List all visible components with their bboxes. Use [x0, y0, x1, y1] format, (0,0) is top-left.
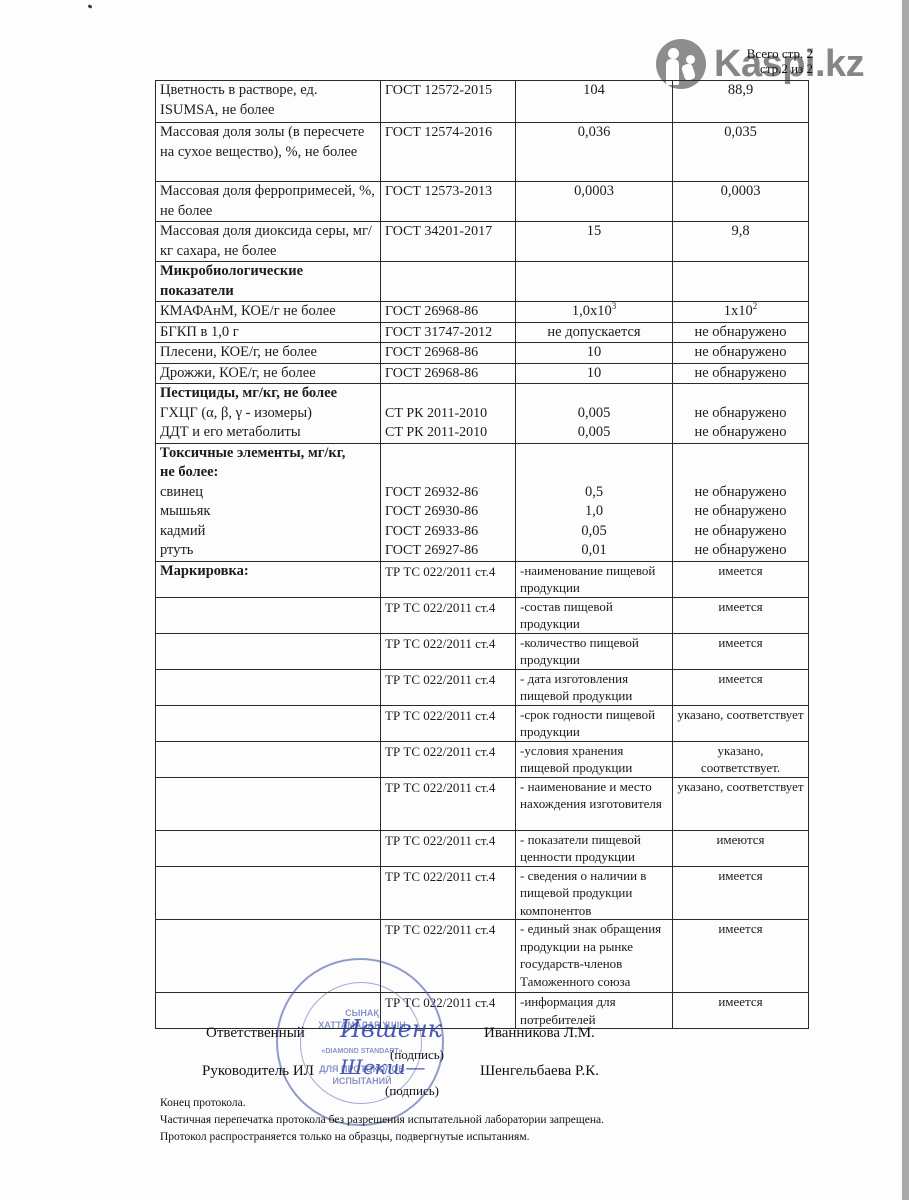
marking-label: [156, 830, 381, 866]
responsible-signature: Ившенк: [340, 1015, 442, 1043]
marking-label: [156, 777, 381, 830]
result-cell: указано, соответствует: [673, 705, 809, 741]
micro-header: Микробиологические показатели: [156, 262, 381, 302]
group-row: Токсичные элементы, мг/кг,не более:свине…: [156, 443, 809, 561]
standard-cell: ГОСТ 12573-2013: [381, 182, 516, 222]
scan-speck: [88, 4, 93, 9]
result-cell: не обнаружено: [673, 343, 809, 364]
standard-cell: ГОСТ 26932-86ГОСТ 26930-86ГОСТ 26933-86Г…: [381, 443, 516, 561]
scrollbar-edge: [902, 0, 909, 1200]
requirement-cell: -срок годности пищевой продукции: [516, 705, 673, 741]
standard-cell: ТР ТС 022/2011 ст.4: [381, 597, 516, 633]
norm-cell: 104: [516, 81, 673, 123]
indicator-cell: Массовая доля ферропримесей, %, не более: [156, 182, 381, 222]
indicator-cell: Дрожжи, КОЕ/г, не более: [156, 363, 381, 384]
norm-cell: 0,0003: [516, 182, 673, 222]
marking-row: ТР ТС 022/2011 ст.4 -условия хранения пи…: [156, 741, 809, 777]
total-pages: Всего стр. 2: [733, 46, 813, 61]
norm-cell: 15: [516, 222, 673, 262]
result-cell: не обнаруженоне обнаруженоне обнаруженон…: [673, 443, 809, 561]
requirement-cell: -количество пищевой продукции: [516, 633, 673, 669]
standard-cell: ГОСТ 12572-2015: [381, 81, 516, 123]
head-label: Руководитель ИЛ: [202, 1063, 314, 1080]
requirement-cell: - дата изготовления пищевой продукции: [516, 669, 673, 705]
group-row: Пестициды, мг/кг, не болееГХЦГ (α, β, γ …: [156, 384, 809, 444]
indicator-cell: Токсичные элементы, мг/кг,не более:свине…: [156, 443, 381, 561]
page-of: стр.2 из 2: [733, 61, 813, 76]
result-cell: не обнаружено: [673, 363, 809, 384]
table-row: Массовая доля ферропримесей, %, не более…: [156, 182, 809, 222]
protocol-footer: Конец протокола. Частичная перепечатка п…: [160, 1095, 604, 1146]
table-row: Цветность в растворе, ед. ISUMSA, не бол…: [156, 81, 809, 123]
marking-label: [156, 866, 381, 920]
norm-cell: 0,0050,005: [516, 384, 673, 444]
standard-cell: ТР ТС 022/2011 ст.4: [381, 866, 516, 920]
marking-label: [156, 741, 381, 777]
standard-cell: СТ РК 2011-2010СТ РК 2011-2010: [381, 384, 516, 444]
table-row: КМАФАнМ, КОЕ/г не более ГОСТ 26968-86 1,…: [156, 302, 809, 323]
page-counter: Всего стр. 2 стр.2 из 2: [733, 46, 813, 76]
result-cell: имеется: [673, 669, 809, 705]
section-header-row: Микробиологические показатели: [156, 262, 809, 302]
standard-cell: ТР ТС 022/2011 ст.4: [381, 633, 516, 669]
result-cell: имеется: [673, 633, 809, 669]
marking-row: ТР ТС 022/2011 ст.4 -информация для потр…: [156, 993, 809, 1029]
result-cell: указано, соответствует.: [673, 741, 809, 777]
marking-label: Маркировка:: [156, 561, 381, 597]
head-signature: Шекш—: [340, 1055, 426, 1079]
requirement-cell: -состав пищевой продукции: [516, 597, 673, 633]
result-cell: не обнаружено: [673, 322, 809, 343]
standard-cell: ГОСТ 12574-2016: [381, 123, 516, 182]
requirement-cell: - сведения о наличии в пищевой продукции…: [516, 866, 673, 920]
indicator-cell: Пестициды, мг/кг, не болееГХЦГ (α, β, γ …: [156, 384, 381, 444]
marking-row: ТР ТС 022/2011 ст.4 - дата изготовления …: [156, 669, 809, 705]
indicator-cell: Плесени, КОЕ/г, не более: [156, 343, 381, 364]
result-cell: 0,0003: [673, 182, 809, 222]
result-cell: имеется: [673, 993, 809, 1029]
result-cell: 1x102: [673, 302, 809, 323]
marking-row: ТР ТС 022/2011 ст.4 -срок годности пищев…: [156, 705, 809, 741]
standard-cell: ТР ТС 022/2011 ст.4: [381, 741, 516, 777]
requirement-cell: -наименование пищевой продукции: [516, 561, 673, 597]
standard-cell: ГОСТ 26968-86: [381, 343, 516, 364]
norm-cell: 1,0x103: [516, 302, 673, 323]
marking-row: ТР ТС 022/2011 ст.4 - наименование и мес…: [156, 777, 809, 830]
marking-label: [156, 597, 381, 633]
standard-cell: ГОСТ 26968-86: [381, 363, 516, 384]
marking-row: ТР ТС 022/2011 ст.4 -состав пищевой прод…: [156, 597, 809, 633]
requirement-cell: - наименование и место нахождения изгото…: [516, 777, 673, 830]
requirement-cell: - показатели пищевой ценности продукции: [516, 830, 673, 866]
result-cell: имеется: [673, 561, 809, 597]
standard-cell: ТР ТС 022/2011 ст.4: [381, 669, 516, 705]
result-cell: 0,035: [673, 123, 809, 182]
table-row: Дрожжи, КОЕ/г, не более ГОСТ 26968-86 10…: [156, 363, 809, 384]
requirement-cell: - единый знак обращения продукции на рын…: [516, 920, 673, 993]
standard-cell: ГОСТ 34201-2017: [381, 222, 516, 262]
norm-cell: 0,036: [516, 123, 673, 182]
result-cell: 88,9: [673, 81, 809, 123]
test-results-table: Цветность в растворе, ед. ISUMSA, не бол…: [155, 80, 809, 1029]
standard-cell: ГОСТ 31747-2012: [381, 322, 516, 343]
marking-row: ТР ТС 022/2011 ст.4 -количество пищевой …: [156, 633, 809, 669]
standard-cell: ТР ТС 022/2011 ст.4: [381, 830, 516, 866]
marking-row: Маркировка: ТР ТС 022/2011 ст.4 -наимено…: [156, 561, 809, 597]
indicator-cell: Массовая доля золы (в пересчете на сухое…: [156, 123, 381, 182]
standard-cell: ТР ТС 022/2011 ст.4: [381, 777, 516, 830]
standard-cell: ТР ТС 022/2011 ст.4: [381, 705, 516, 741]
marking-row: ТР ТС 022/2011 ст.4 - показатели пищевой…: [156, 830, 809, 866]
table-row: Плесени, КОЕ/г, не более ГОСТ 26968-86 1…: [156, 343, 809, 364]
indicator-cell: КМАФАнМ, КОЕ/г не более: [156, 302, 381, 323]
result-cell: имеются: [673, 830, 809, 866]
norm-cell: 0,51,00,050,01: [516, 443, 673, 561]
table-row: Массовая доля диоксида серы, мг/кг сахар…: [156, 222, 809, 262]
norm-cell: 10: [516, 363, 673, 384]
requirement-cell: -информация для потребителей: [516, 993, 673, 1029]
table-row: БГКП в 1,0 г ГОСТ 31747-2012 не допускае…: [156, 322, 809, 343]
indicator-cell: БГКП в 1,0 г: [156, 322, 381, 343]
marking-label: [156, 633, 381, 669]
head-name: Шенгельбаева Р.К.: [480, 1063, 599, 1080]
table-row: Массовая доля золы (в пересчете на сухое…: [156, 123, 809, 182]
result-cell: не обнаруженоне обнаружено: [673, 384, 809, 444]
result-cell: имеется: [673, 597, 809, 633]
result-cell: имеется: [673, 866, 809, 920]
requirement-cell: -условия хранения пищевой продукции: [516, 741, 673, 777]
indicator-cell: Массовая доля диоксида серы, мг/кг сахар…: [156, 222, 381, 262]
marking-label: [156, 705, 381, 741]
result-cell: указано, соответствует: [673, 777, 809, 830]
responsible-label: Ответственный: [206, 1025, 305, 1042]
result-cell: имеется: [673, 920, 809, 993]
result-cell: 9,8: [673, 222, 809, 262]
norm-cell: 10: [516, 343, 673, 364]
norm-cell: не допускается: [516, 322, 673, 343]
standard-cell: ГОСТ 26968-86: [381, 302, 516, 323]
marking-row: ТР ТС 022/2011 ст.4 - сведения о наличии…: [156, 866, 809, 920]
marking-row: ТР ТС 022/2011 ст.4 - единый знак обраще…: [156, 920, 809, 993]
responsible-name: Иванникова Л.М.: [484, 1025, 595, 1042]
marking-label: [156, 669, 381, 705]
indicator-cell: Цветность в растворе, ед. ISUMSA, не бол…: [156, 81, 381, 123]
standard-cell: ТР ТС 022/2011 ст.4: [381, 561, 516, 597]
